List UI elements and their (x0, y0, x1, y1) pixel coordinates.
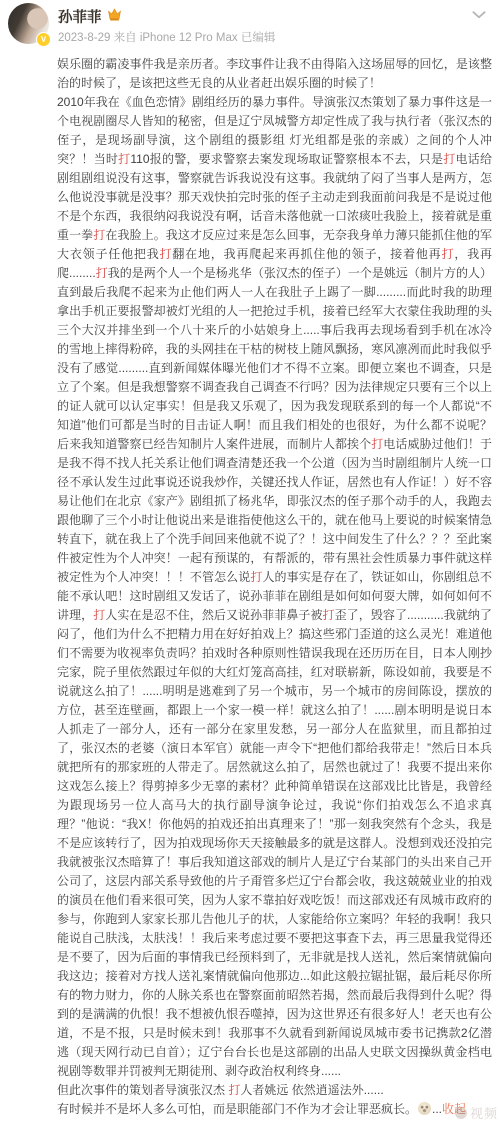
post-meta: 2023-8-29 来自 iPhone 12 Pro Max 已编辑 (58, 29, 490, 45)
chevron-down-icon[interactable] (470, 6, 488, 24)
body-text: 歪了，毁容了...........我就纳了闷了，他们为什么不把精力用在好好拍戏上… (57, 608, 492, 1078)
post-paragraph: 有时候并不是坏人多么可怕，而是职能部门不作为才会让罪恶疯长。...收起 (57, 1100, 492, 1119)
post-paragraph: 娱乐圈的霸凌事件我是亲历者。李玟事件让我不由得陷入这场屈辱的回忆，是该整治的时候… (57, 55, 492, 93)
body-text: 人实在是忍不住，然后又说孙菲菲鼻子被 (105, 608, 322, 622)
collapse-link[interactable]: 收起 (442, 1102, 466, 1116)
post-header: V 孙菲菲 2023-8-29 来自 iPhone 12 Pro Max 已编辑 (0, 0, 500, 50)
avatar[interactable]: V (8, 3, 49, 44)
highlighted-keyword: 打 (443, 152, 455, 166)
post-body: 娱乐圈的霸凌事件我是亲历者。李玟事件让我不由得陷入这场屈辱的回忆，是该整治的时候… (57, 55, 492, 1119)
body-text: 我的是两个人一个是杨兆华（张汉杰的侄子）一个是姚远（制片方的人）直到最后我爬不起… (57, 266, 492, 451)
body-text: 110报的警，要求警察去案发现场取证警察根本不去，只是 (130, 152, 443, 166)
highlighted-keyword: 打 (323, 608, 335, 622)
dog-face-emoji (418, 1102, 431, 1115)
highlighted-keyword: 打 (96, 266, 108, 280)
body-text: 有时候并不是坏人多么可怕，而是职能部门不作为才会让罪恶疯长。 (57, 1102, 417, 1116)
highlighted-keyword: 打 (442, 247, 455, 261)
body-text: 但此次事件的策划者导演张汉杰 (57, 1083, 228, 1097)
post-paragraph: 2010年我在《血色恋情》剧组经历的暴力事件。导演张汉杰策划了暴力事件这是一个电… (57, 93, 492, 1081)
body-text: 电话威胁过他们！于是我不得不找人托关系让他们调查清楚还我一个公道（因为当时剧组制… (57, 437, 492, 584)
body-text: ... (432, 1102, 442, 1116)
highlighted-keyword: 打 (160, 247, 173, 261)
highlighted-keyword: 打 (93, 228, 105, 242)
body-text: 翻在地，我再爬起来再抓住他的领子，接着他再 (172, 247, 441, 261)
vip-crown-icon (107, 7, 122, 26)
highlighted-keyword: 打 (118, 152, 130, 166)
highlighted-keyword: 打 (371, 437, 383, 451)
verified-badge-icon: V (36, 32, 51, 47)
highlighted-keyword: 打 (228, 1083, 240, 1097)
author-name[interactable]: 孙菲菲 (58, 6, 102, 27)
body-text: 人者姚远 依然逍遥法外...... (240, 1083, 383, 1097)
highlighted-keyword: 打 (250, 570, 262, 584)
body-text: 娱乐圈的霸凌事件我是亲历者。李玟事件让我不由得陷入这场屈辱的回忆，是该整治的时候… (57, 57, 492, 90)
post-paragraph: 但此次事件的策划者导演张汉杰 打人者姚远 依然逍遥法外...... (57, 1081, 492, 1100)
highlighted-keyword: 打 (93, 608, 105, 622)
